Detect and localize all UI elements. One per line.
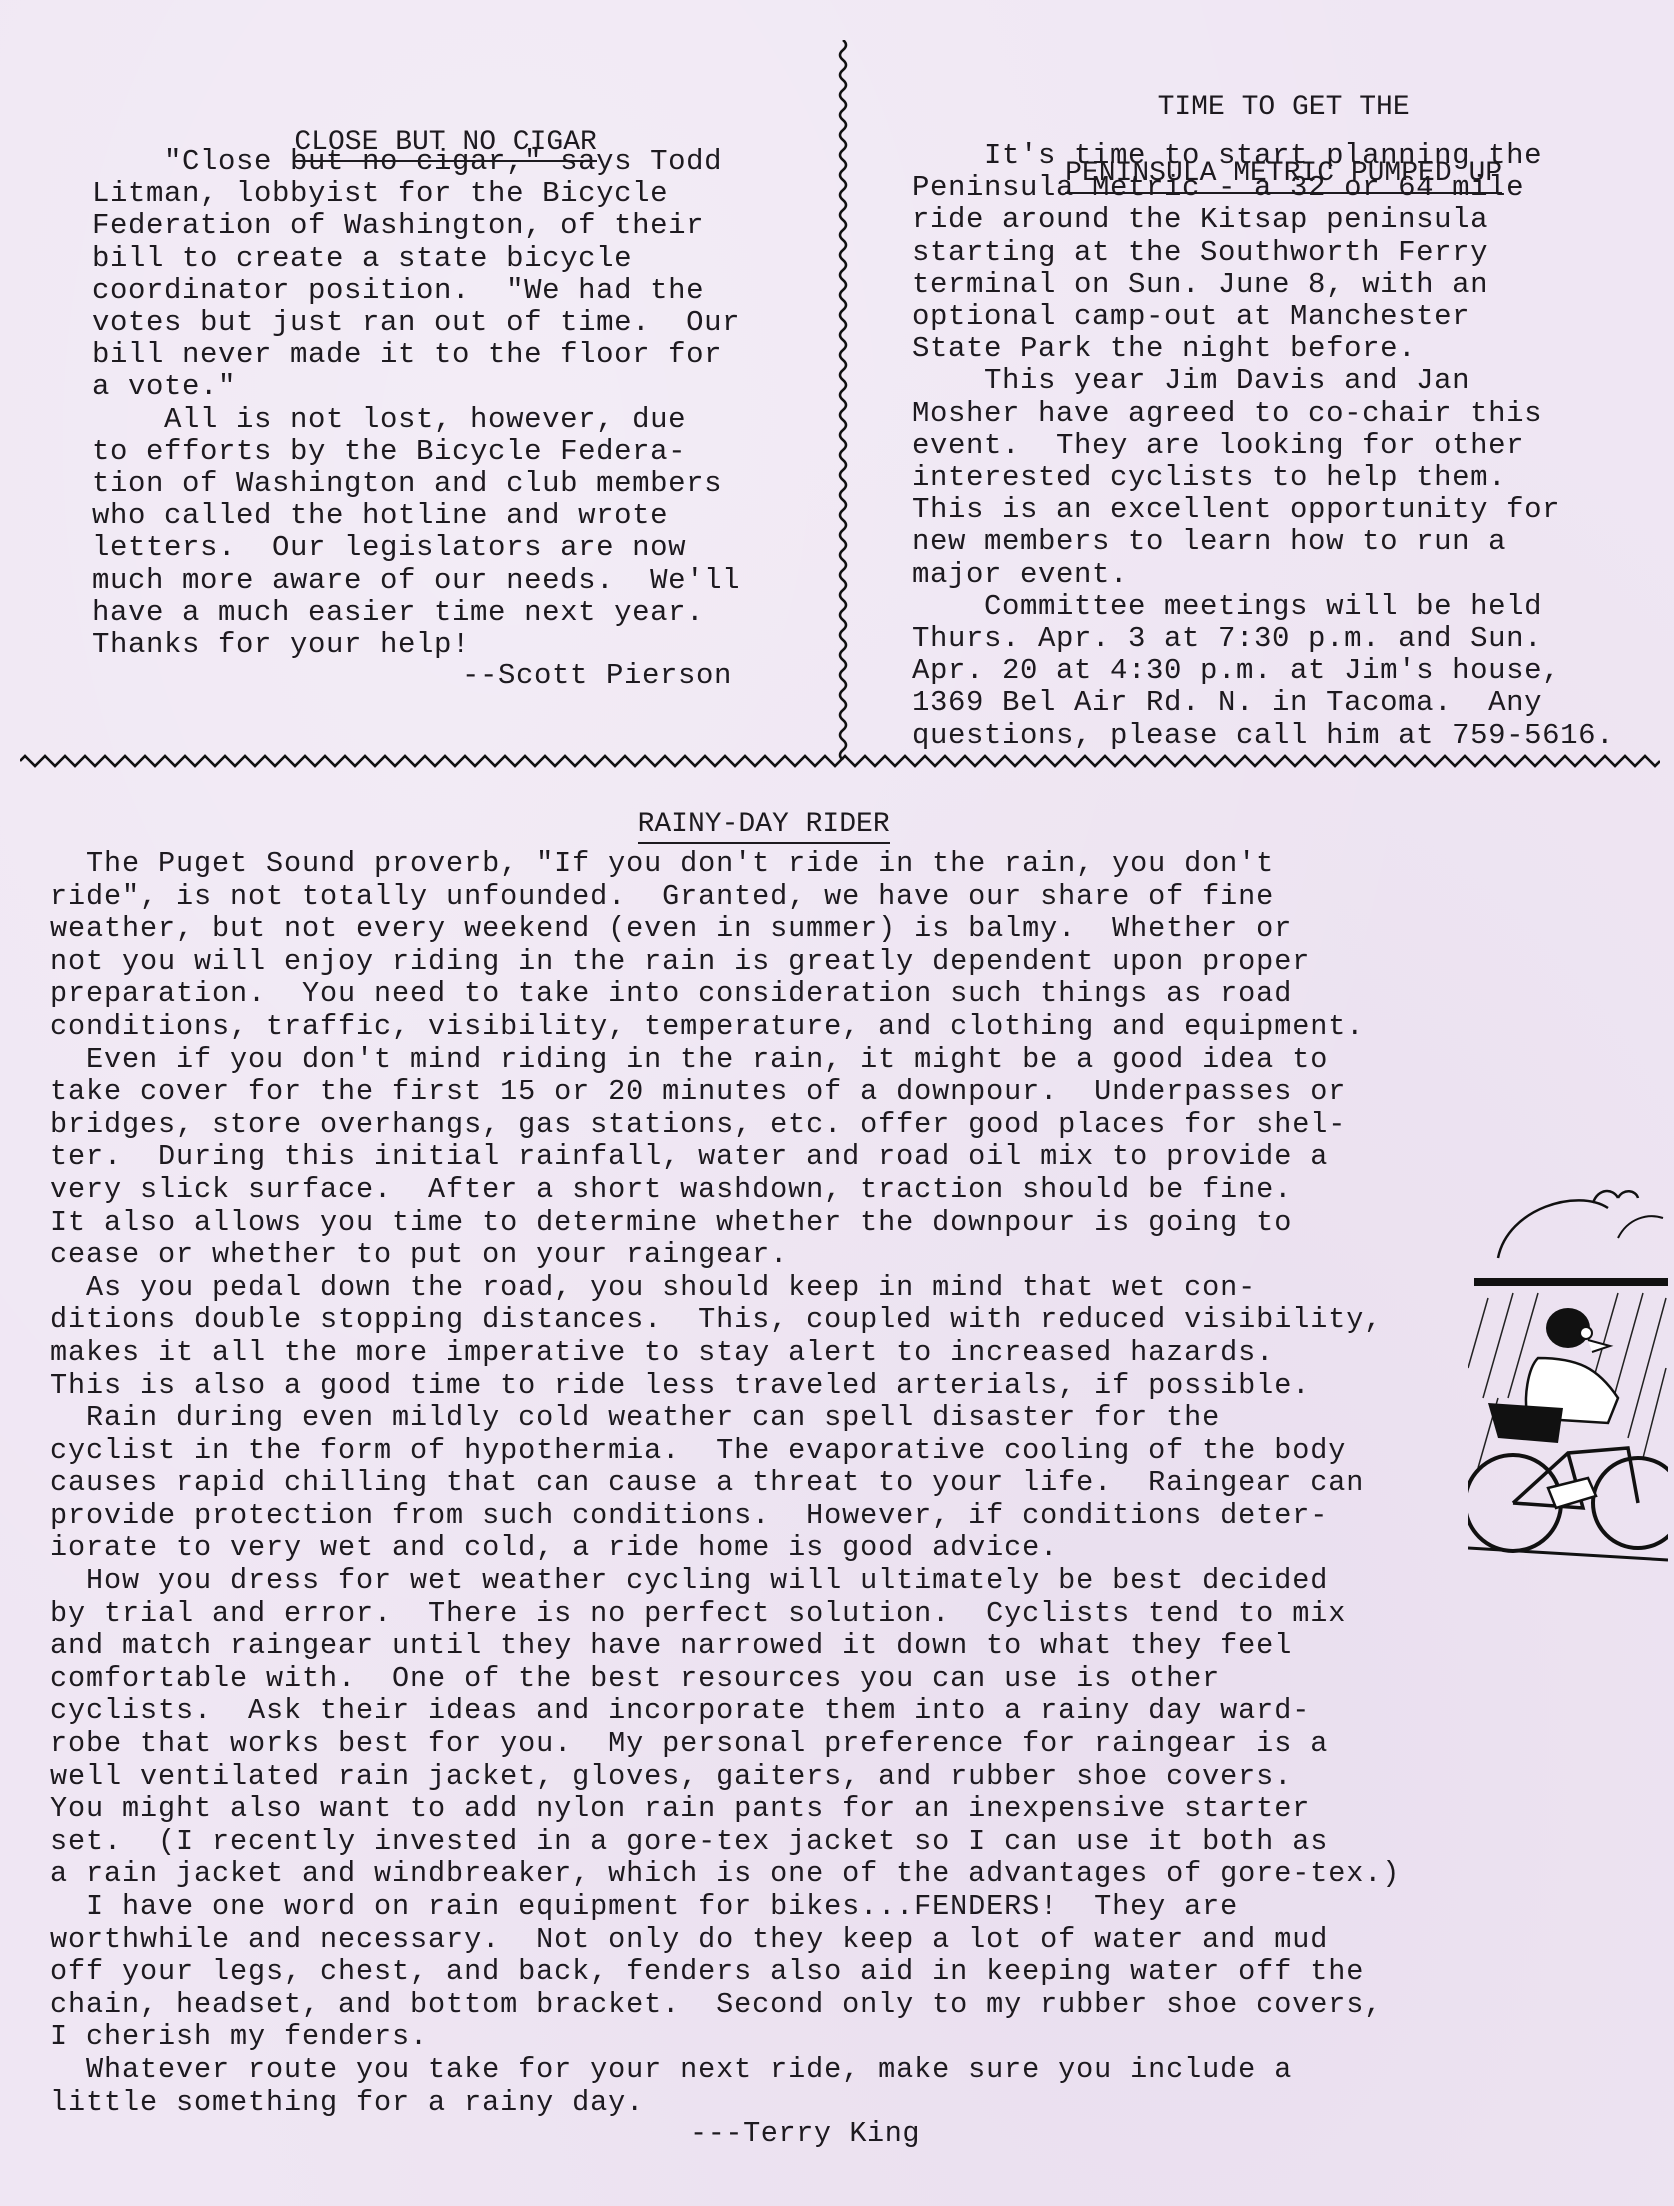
text-line: Mosher have agreed to co-chair this [912, 398, 1632, 430]
text-line: Whatever route you take for your next ri… [50, 2054, 1470, 2087]
signature-terry-king: ---Terry King [690, 2118, 920, 2150]
text-line: little something for a rainy day. [50, 2087, 1470, 2120]
text-line: tion of Washington and club members [92, 468, 792, 500]
text-line: ditions double stopping distances. This,… [50, 1304, 1470, 1337]
text-line: Federation of Washington, of their [92, 210, 792, 242]
text-line: letters. Our legislators are now [92, 532, 792, 564]
text-line: ride around the Kitsap peninsula [912, 204, 1632, 236]
text-line: who called the hotline and wrote [92, 500, 792, 532]
text-line: Rain during even mildly cold weather can… [50, 1402, 1470, 1435]
text-line: bridges, store overhangs, gas stations, … [50, 1109, 1470, 1142]
text-line: interested cyclists to help them. [912, 462, 1632, 494]
text-line: major event. [912, 559, 1632, 591]
text-line: votes but just ran out of time. Our [92, 307, 792, 339]
text-line: cyclists. Ask their ideas and incorporat… [50, 1695, 1470, 1728]
text-line: weather, but not every weekend (even in … [50, 913, 1470, 946]
text-line: iorate to very wet and cold, a ride home… [50, 1532, 1470, 1565]
text-line: a vote." [92, 371, 792, 403]
text-line: Thanks for your help! [92, 629, 792, 661]
text-line: The Puget Sound proverb, "If you don't r… [50, 848, 1470, 881]
text-line: ter. During this initial rainfall, water… [50, 1141, 1470, 1174]
text-line: Apr. 20 at 4:30 p.m. at Jim's house, [912, 655, 1632, 687]
article-body-rainy-day-rider: The Puget Sound proverb, "If you don't r… [50, 848, 1470, 2119]
text-line: robe that works best for you. My persona… [50, 1728, 1470, 1761]
text-line: 1369 Bel Air Rd. N. in Tacoma. Any [912, 687, 1632, 719]
text-line: cease or whether to put on your raingear… [50, 1239, 1470, 1272]
text-line: and match raingear until they have narro… [50, 1630, 1470, 1663]
text-line: All is not lost, however, due [92, 404, 792, 436]
text-line: to efforts by the Bicycle Federa- [92, 436, 792, 468]
text-line: bill never made it to the floor for [92, 339, 792, 371]
article-body-close-but-no-cigar: "Close but no cigar," says ToddLitman, l… [92, 146, 792, 661]
text-line: by trial and error. There is no perfect … [50, 1598, 1470, 1631]
text-line: State Park the night before. [912, 333, 1632, 365]
text-line: provide protection from such conditions.… [50, 1500, 1470, 1533]
title-line-1: TIME TO GET THE [1158, 92, 1410, 126]
wavy-horizontal-divider [20, 754, 1660, 768]
text-line: It's time to start planning the [912, 140, 1632, 172]
text-line: event. They are looking for other [912, 430, 1632, 462]
text-line: Committee meetings will be held [912, 591, 1632, 623]
text-line: new members to learn how to run a [912, 526, 1632, 558]
text-line: You might also want to add nylon rain pa… [50, 1793, 1470, 1826]
text-line: makes it all the more imperative to stay… [50, 1337, 1470, 1370]
text-line: causes rapid chilling that can cause a t… [50, 1467, 1470, 1500]
text-line: preparation. You need to take into consi… [50, 978, 1470, 1011]
signature-scott-pierson: --Scott Pierson [92, 660, 732, 692]
text-line: a rain jacket and windbreaker, which is … [50, 1858, 1470, 1891]
text-line: set. (I recently invested in a gore-tex … [50, 1826, 1470, 1859]
text-line: optional camp-out at Manchester [912, 301, 1632, 333]
text-line: cyclist in the form of hypothermia. The … [50, 1435, 1470, 1468]
article-body-peninsula-metric: It's time to start planning thePeninsula… [912, 140, 1632, 752]
text-line: very slick surface. After a short washdo… [50, 1174, 1470, 1207]
text-line: It also allows you time to determine whe… [50, 1207, 1470, 1240]
text-line: not you will enjoy riding in the rain is… [50, 946, 1470, 979]
text-line: Peninsula Metric - a 32 or 64 mile [912, 172, 1632, 204]
text-line: well ventilated rain jacket, gloves, gai… [50, 1761, 1470, 1794]
text-line: "Close but no cigar," says Todd [92, 146, 792, 178]
text-line: bill to create a state bicycle [92, 243, 792, 275]
text-line: As you pedal down the road, you should k… [50, 1272, 1470, 1305]
wavy-vertical-divider [836, 40, 850, 760]
text-line: I cherish my fenders. [50, 2021, 1470, 2054]
title-text: RAINY-DAY RIDER [638, 810, 890, 844]
text-line: conditions, traffic, visibility, tempera… [50, 1011, 1470, 1044]
newsletter-page: CLOSE BUT NO CIGAR "Close but no cigar,"… [0, 0, 1674, 2206]
text-line: questions, please call him at 759-5616. [912, 720, 1632, 752]
text-line: ride", is not totally unfounded. Granted… [50, 881, 1470, 914]
text-line: starting at the Southworth Ferry [912, 237, 1632, 269]
text-line: have a much easier time next year. [92, 597, 792, 629]
text-line: comfortable with. One of the best resour… [50, 1663, 1470, 1696]
text-line: This is also a good time to ride less tr… [50, 1370, 1470, 1403]
text-line: I have one word on rain equipment for bi… [50, 1891, 1470, 1924]
text-line: This year Jim Davis and Jan [912, 365, 1632, 397]
text-line: terminal on Sun. June 8, with an [912, 269, 1632, 301]
text-line: Thurs. Apr. 3 at 7:30 p.m. and Sun. [912, 623, 1632, 655]
text-line: take cover for the first 15 or 20 minute… [50, 1076, 1470, 1109]
text-line: off your legs, chest, and back, fenders … [50, 1956, 1470, 1989]
text-line: chain, headset, and bottom bracket. Seco… [50, 1989, 1470, 2022]
cyclist-in-rain-icon [1468, 1168, 1668, 1568]
text-line: How you dress for wet weather cycling wi… [50, 1565, 1470, 1598]
text-line: Litman, lobbyist for the Bicycle [92, 178, 792, 210]
text-line: This is an excellent opportunity for [912, 494, 1632, 526]
text-line: Even if you don't mind riding in the rai… [50, 1044, 1470, 1077]
text-line: much more aware of our needs. We'll [92, 565, 792, 597]
text-line: coordinator position. "We had the [92, 275, 792, 307]
text-line: worthwhile and necessary. Not only do th… [50, 1924, 1470, 1957]
